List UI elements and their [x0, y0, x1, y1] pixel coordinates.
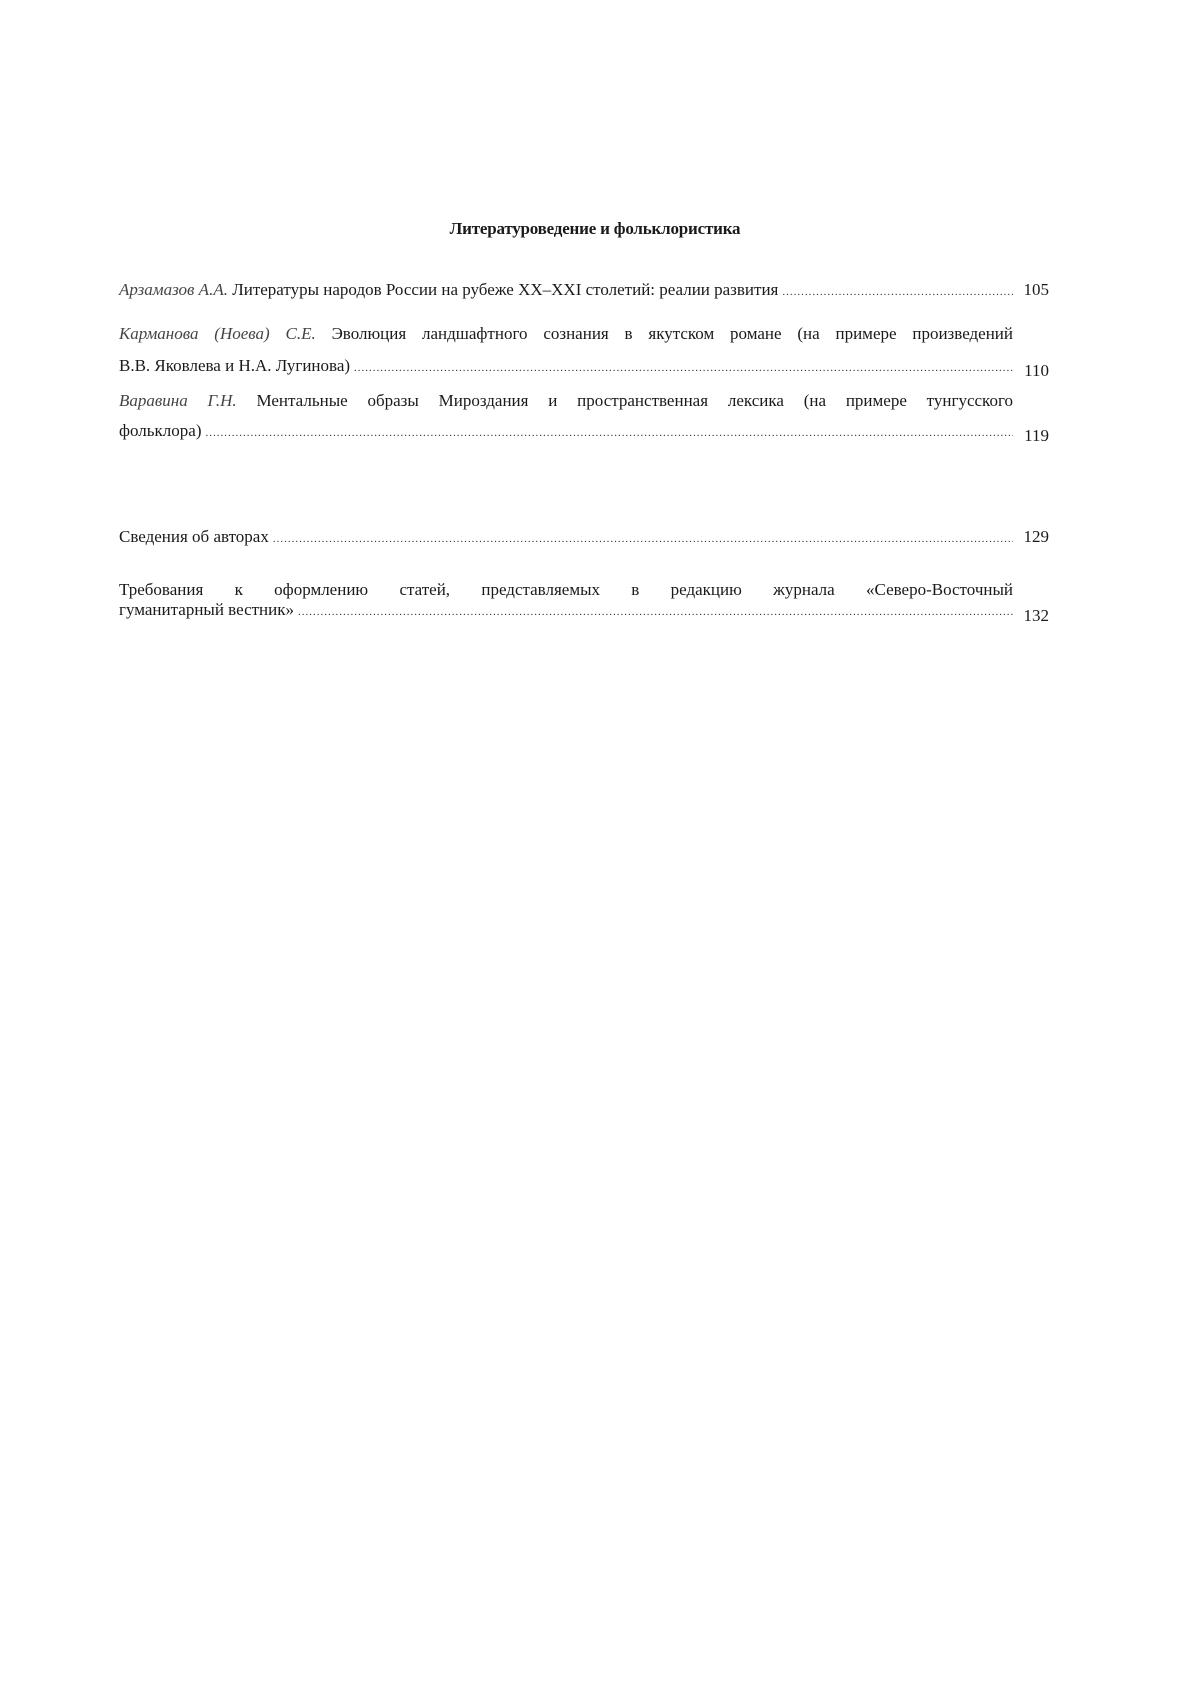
toc-entry-title: Литературы народов России на рубеже XX–X… [232, 280, 778, 299]
toc-entry-page: 110 [1019, 357, 1049, 385]
toc-entry[interactable]: Карманова (Ноева) С.Е. Эволюция ландшафт… [119, 320, 1049, 382]
toc-entry-author: Арзамазов А.А. [119, 280, 228, 299]
toc-entry-title-cont: В.В. Яковлева и Н.А. Лугинова) [119, 352, 350, 380]
dot-leader [205, 419, 1013, 447]
section-title: Литературоведение и фольклористика [0, 219, 1190, 239]
toc-entry-authors-info[interactable]: Сведения об авторах 129 [119, 523, 1049, 553]
toc-entry-line: гуманитарный вестник» 132 [119, 600, 1049, 622]
toc-entry-text: Варавина Г.Н. Ментальные образы Мироздан… [119, 387, 1013, 415]
dot-leader [354, 354, 1013, 382]
toc-entry-submission-requirements[interactable]: Требования к оформлению статей, представ… [119, 580, 1049, 622]
toc-entry-title: Ментальные образы Мироздания и пространс… [257, 391, 1014, 410]
toc-entry-line: В.В. Яковлева и Н.А. Лугинова) 110 [119, 352, 1049, 382]
dot-leader [273, 525, 1013, 553]
dot-leader [298, 602, 1013, 622]
toc-entry-text: Карманова (Ноева) С.Е. Эволюция ландшафт… [119, 320, 1013, 348]
toc-entry-page: 105 [1019, 276, 1049, 304]
toc-entry-text: Арзамазов А.А. Литературы народов России… [119, 276, 778, 304]
toc-entry-title-cont: гуманитарный вестник» [119, 600, 294, 620]
toc-entry-title: Требования к оформлению статей, представ… [119, 580, 1013, 600]
toc-entry[interactable]: Варавина Г.Н. Ментальные образы Мироздан… [119, 387, 1049, 447]
toc-entry-page: 132 [1019, 606, 1049, 626]
toc-entry-page: 129 [1019, 523, 1049, 551]
dot-leader [782, 278, 1013, 306]
toc-entry-author: Варавина Г.Н. [119, 391, 237, 410]
toc-entry-page: 119 [1019, 422, 1049, 450]
toc-entry-title: Сведения об авторах [119, 523, 269, 551]
toc-entry[interactable]: Арзамазов А.А. Литературы народов России… [119, 276, 1049, 306]
toc-entry-title-cont: фольклора) [119, 417, 201, 445]
toc-entry-line: Карманова (Ноева) С.Е. Эволюция ландшафт… [119, 320, 1049, 348]
toc-entry-line: Варавина Г.Н. Ментальные образы Мироздан… [119, 387, 1049, 415]
toc-entry-line: Сведения об авторах 129 [119, 523, 1049, 553]
toc-entry-author: Карманова (Ноева) С.Е. [119, 324, 316, 343]
toc-entry-line: Требования к оформлению статей, представ… [119, 580, 1049, 600]
toc-entry-title: Эволюция ландшафтного сознания в якутско… [332, 324, 1013, 343]
toc-entry-line: Арзамазов А.А. Литературы народов России… [119, 276, 1049, 306]
toc-entry-line: фольклора) 119 [119, 417, 1049, 447]
